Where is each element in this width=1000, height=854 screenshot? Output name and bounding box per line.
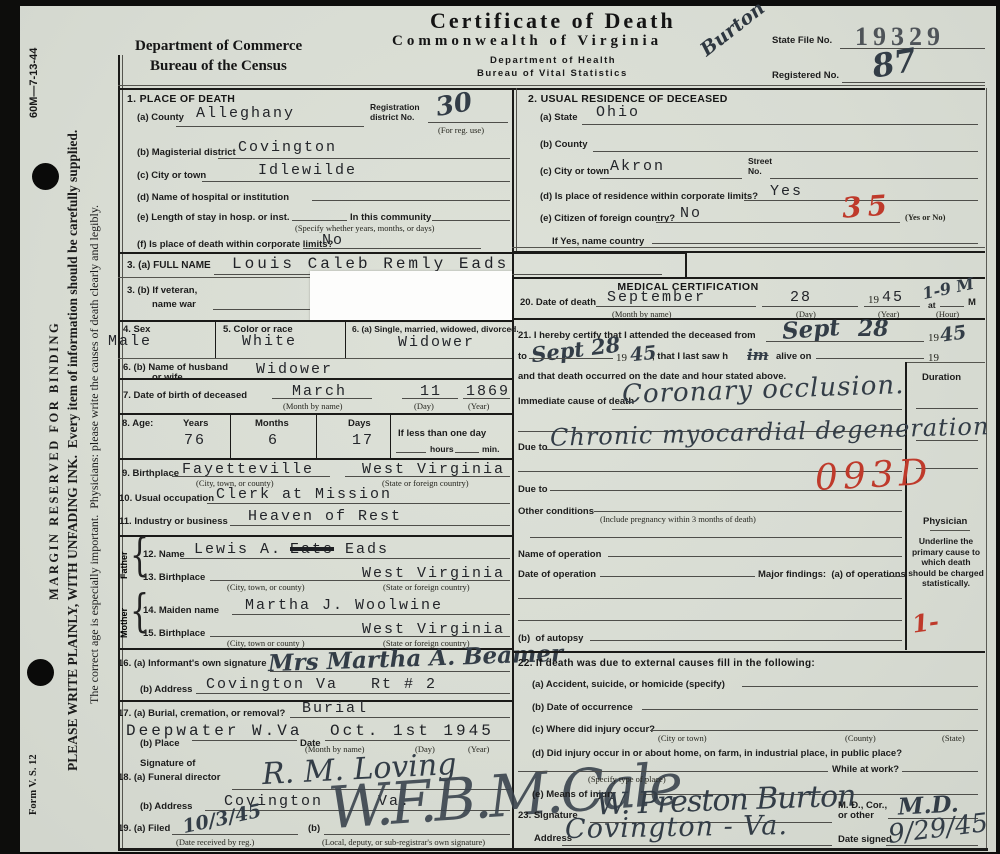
stat-mark-red: 1-: [910, 606, 940, 638]
dept-health: Department of Health: [490, 55, 616, 66]
res-corp-value: Yes: [770, 183, 803, 200]
section2-bottom-thin: [512, 247, 985, 248]
dod-month: September: [607, 289, 706, 306]
medical-top: [512, 277, 985, 279]
duration-line1: [916, 408, 978, 409]
birthplace-label: 9. Birthplace: [122, 468, 179, 479]
informant-addr-label: (b) Address: [140, 684, 192, 695]
attended-from-day: 28: [858, 316, 889, 342]
to-y19: 19: [616, 352, 627, 364]
age-div3: [390, 413, 391, 458]
due-to-label2: Due to: [518, 484, 548, 495]
occupation-line: [207, 503, 510, 504]
age-label: 8. Age:: [122, 418, 153, 429]
marital-label: 6. (a) Single, married, widowed, divorce…: [352, 324, 519, 334]
magisterial-label: (b) Magisterial district: [137, 147, 236, 158]
burial-type-line: [290, 717, 510, 718]
blank-rule-line: [530, 537, 902, 538]
veteran-line: [213, 309, 310, 310]
external-a-label: (a) Accident, suicide, or homicide (spec…: [532, 679, 725, 690]
duration-top: [905, 362, 985, 363]
autopsy-line: [590, 640, 902, 641]
write-plainly-note: PLEASE WRITE PLAINLY, WITH UNFADING INK.…: [65, 55, 81, 845]
filed-line: [172, 834, 298, 835]
city-town-line: [202, 181, 510, 182]
reg-district-line: [428, 122, 508, 123]
external-b-line: [642, 709, 978, 710]
age-days-value: 17: [352, 432, 374, 449]
attended-from-line: [766, 341, 924, 342]
form-number: Form V. S. 12: [28, 730, 39, 840]
age-months-label: Months: [255, 418, 289, 429]
occupation-value: Clerk at Mission: [216, 486, 392, 503]
less-than-day-label: If less than one day: [398, 428, 486, 439]
foreign-label: (e) Citizen of foreign country?: [540, 213, 675, 224]
if-yes-line: [652, 243, 978, 244]
father-bp-label: 13. Birthplace: [143, 572, 205, 583]
punch-hole: [32, 163, 59, 190]
spouse-value: Widower: [256, 361, 333, 378]
while-at-work-label: While at work?: [832, 764, 899, 775]
external-city-note: (City or town): [658, 733, 707, 743]
father-name-label: 12. Name: [143, 549, 185, 560]
dod-at: at: [928, 300, 936, 310]
certifier-addr-line: [562, 845, 832, 846]
if-yes-label: If Yes, name country: [552, 236, 644, 247]
write-plainly-note-2: The correct age is especially important.…: [87, 62, 102, 847]
burial-type-value: Burial: [302, 700, 368, 717]
physician-divider: [930, 530, 970, 531]
redaction-box: [310, 271, 512, 321]
physician-label: Physician: [923, 516, 967, 527]
age-years-label: Years: [183, 418, 208, 429]
marital-value: Widower: [398, 334, 475, 351]
print-code: 60M—7-13-44: [28, 25, 40, 140]
autopsy-label: (b) of autopsy: [518, 633, 583, 644]
county-value: Alleghany: [196, 105, 295, 122]
county-label: (a) County: [137, 112, 184, 123]
sex-value: Male: [108, 333, 152, 350]
county-line: [176, 126, 364, 127]
row456-bottom: [118, 358, 512, 359]
industry-label: 11. Industry or business: [119, 516, 228, 527]
burial-place-line: [192, 740, 297, 741]
burial-date-line: [325, 740, 510, 741]
stay-line: [292, 220, 347, 221]
hospital-line: [312, 200, 510, 201]
while-at-work-line: [902, 771, 978, 772]
burial-year-note: (Year): [468, 744, 489, 754]
dob-day-note: (Day): [414, 401, 434, 411]
state-file-label: State File No.: [772, 35, 832, 46]
age-years-value: 76: [184, 432, 206, 449]
res-state-label: (a) State: [540, 112, 577, 123]
last-saw-him: im: [747, 346, 769, 364]
certify-to-label: to: [518, 351, 527, 362]
spouse-bottom: [118, 378, 512, 380]
res-city-value: Akron: [610, 158, 665, 175]
findings-cont-line2: [518, 620, 902, 621]
magisterial-value: Covington: [238, 139, 337, 156]
bureau-census: Bureau of the Census: [150, 58, 287, 75]
fullname-label: 3. (a) FULL NAME: [127, 260, 211, 271]
underline-primary-note: Underline the primary cause to which dea…: [908, 536, 984, 589]
min-line: [455, 452, 479, 453]
funeral-addr-label: (b) Address: [140, 801, 192, 812]
signature-of-label: Signature of: [140, 758, 195, 769]
street-line: [770, 178, 978, 179]
mother-name-line: [232, 614, 510, 615]
dod-m: M: [968, 297, 976, 308]
external-d-note: (Specify type of place): [588, 774, 666, 784]
punch-hole: [27, 659, 54, 686]
form-bottom-border: [118, 848, 988, 851]
operation-date-label: Date of operation: [518, 569, 596, 580]
sex-race-divider: [215, 320, 216, 358]
dob-year-line: [463, 398, 510, 399]
immediate-cause-label: Immediate cause of death: [518, 396, 634, 407]
informant-addr-value: Covington Va Rt # 2: [206, 676, 437, 693]
dod-month-line: [596, 306, 756, 307]
dob-year-note: (Year): [468, 401, 489, 411]
father-name-line: [180, 558, 510, 559]
duration-left: [905, 362, 907, 650]
dob-day-line: [402, 398, 458, 399]
stay-label: (e) Length of stay in hosp. or inst.: [137, 212, 290, 223]
operation-line: [608, 556, 902, 557]
industry-value: Heaven of Rest: [248, 508, 402, 525]
cause-code-red: 093D: [814, 452, 934, 499]
external-d-label: (d) Did injury occur in or about home, o…: [532, 748, 902, 759]
filed-label: 19. (a) Filed: [118, 823, 170, 834]
external-c-line: [650, 730, 978, 731]
dob-month-line: [272, 398, 372, 399]
header-rule: [118, 88, 985, 90]
informant-addr-line: [196, 693, 510, 694]
column-divider-2: [516, 88, 517, 251]
mother-bp-city-note: (City, town or county ): [227, 638, 305, 648]
binding-note: MARGIN RESERVED FOR BINDING: [47, 275, 62, 645]
father-bp-line: [210, 580, 510, 581]
dod-label: 20. Date of death: [520, 297, 596, 308]
alive-on-line: [816, 358, 924, 359]
city-town-value: Idlewilde: [258, 162, 357, 179]
bureau-vital-stats: Bureau of Vital Statistics: [477, 68, 628, 79]
veteran-label: 3. (b) If veteran,: [127, 285, 197, 296]
birthplace-state-line: [345, 476, 510, 477]
race-value: White: [242, 333, 297, 350]
occupation-label: 10. Usual occupation: [119, 493, 214, 504]
column-divider: [512, 88, 514, 848]
other-conditions-note: (Include pregnancy within 3 months of de…: [600, 514, 756, 524]
filed-b-label: (b): [308, 823, 320, 834]
dod-hour-line: [940, 306, 964, 307]
registered-line: [842, 82, 985, 83]
last-saw-label: , that I last saw h: [652, 351, 728, 362]
street-label: Street: [748, 156, 772, 166]
dod-day: 28: [790, 289, 812, 306]
father-bp-state-note: (State or foreign country): [383, 582, 470, 592]
certificate-title: Certificate of Death: [430, 8, 676, 34]
hours-line: [396, 452, 426, 453]
age-div2: [316, 413, 317, 458]
street-no-label: No.: [748, 166, 762, 176]
reg-district-label2: district No.: [370, 112, 414, 122]
dob-month-note: (Month by name): [283, 401, 343, 411]
burial-type-label: 17. (a) Burial, cremation, or removal?: [118, 708, 285, 719]
filed-note: (Date received by reg.): [176, 837, 254, 847]
veteran-bottom: [118, 320, 512, 322]
registered-number: 87: [869, 40, 919, 85]
informant-sig-line: [270, 671, 510, 672]
mother-name-label: 14. Maiden name: [143, 605, 219, 616]
external-b-label: (b) Date of occurrence: [532, 702, 633, 713]
yes-no-note: (Yes or No): [905, 212, 945, 222]
certifier-addr-value: Covington - Va.: [565, 810, 788, 845]
header-rule-thin: [118, 85, 985, 86]
due-to-line1: [546, 449, 902, 450]
industry-bottom: [118, 535, 512, 537]
place-of-death-title: 1. PLACE OF DEATH: [127, 93, 235, 105]
res-state-line: [582, 124, 978, 125]
dod-day-line: [762, 306, 858, 307]
form-left-border-2: [122, 55, 123, 848]
res-county-line: [593, 151, 978, 152]
hospital-label: (d) Name of hospital or institution: [137, 192, 289, 203]
dod-y19: 19: [868, 294, 879, 306]
fullname-divider: [685, 252, 687, 277]
date-signed-label: Date signed: [838, 834, 892, 845]
father-bp-city-note: (City, town, or county): [227, 582, 305, 592]
section2-bottom: [512, 251, 985, 253]
major-findings-label: Major findings: (a) of operations: [758, 569, 906, 580]
mother-bp-label: 15. Birthplace: [143, 628, 205, 639]
mother-bp-line: [210, 636, 510, 637]
immediate-cause-line: [612, 409, 902, 410]
external-state-note: (State): [942, 733, 965, 743]
birthplace-state-note: (State or foreign country): [382, 478, 469, 488]
registered-label: Registered No.: [772, 70, 839, 81]
corp-limits-line: [303, 248, 481, 249]
age-bottom: [118, 458, 512, 460]
external-c-label: (c) Where did injury occur?: [532, 724, 655, 735]
min-label: min.: [482, 444, 499, 454]
magisterial-line: [218, 158, 510, 159]
community-line: [432, 220, 510, 221]
foreign-value: No: [680, 205, 702, 222]
stay-note: (Specify whether years, months, or days): [295, 223, 435, 233]
attended-from-year: 45: [939, 321, 968, 346]
mother-side-label: Mother: [119, 599, 129, 647]
corp-limits-value: No: [322, 232, 344, 249]
dept-commerce: Department of Commerce: [135, 38, 302, 55]
medical-bottom: [512, 651, 985, 653]
dob-label: 7. Date of birth of deceased: [123, 390, 247, 401]
findings-line: [884, 576, 902, 577]
external-a-line: [742, 686, 978, 687]
duration-label: Duration: [922, 372, 961, 383]
dod-year: 45: [882, 289, 904, 306]
due-to-label1: Due to: [518, 442, 548, 453]
informant-sig-label: 16. (a) Informant's own signature: [118, 658, 266, 669]
veteran-label2: name war: [152, 299, 196, 310]
burial-place-label: (b) Place: [140, 738, 180, 749]
external-county-note: (County): [845, 733, 876, 743]
findings-cont-line1: [518, 598, 902, 599]
from-y19: 19: [928, 332, 939, 344]
dob-bottom: [118, 413, 512, 415]
res-city-line: [600, 178, 742, 179]
burial-date-value: Oct. 1st 1945: [330, 722, 494, 740]
md-or-other-label: or other: [838, 810, 874, 821]
community-label: In this community: [350, 212, 431, 223]
hours-label: hours: [430, 444, 454, 454]
reg-district-value: 30: [434, 87, 475, 123]
father-name-a: Lewis A.: [194, 541, 282, 558]
race-marital-divider: [345, 320, 346, 358]
external-title: 22. If death was due to external causes …: [518, 658, 815, 669]
death-certificate-scan: 60M—7-13-44 Form V. S. 12 MARGIN RESERVE…: [0, 0, 1000, 854]
father-name-struck: Eats: [290, 541, 334, 558]
date-signed-line: [886, 845, 978, 846]
operation-date-line: [600, 576, 755, 577]
other-conditions-label: Other conditions: [518, 506, 594, 517]
external-d-line: [518, 771, 828, 772]
dod-year-line: [864, 306, 920, 307]
reg-use-note: (For reg. use): [438, 125, 484, 135]
reg-district-label: Registration: [370, 102, 420, 112]
res-county-label: (b) County: [540, 139, 588, 150]
alive-on-label: alive on: [776, 351, 811, 362]
city-town-label: (c) City or town: [137, 170, 206, 181]
father-name-b: Eads: [345, 541, 389, 558]
dod-bottom: [512, 318, 985, 320]
age-div1: [230, 413, 231, 458]
father-side-label: Father: [119, 543, 129, 587]
funeral-director-label: 18. (a) Funeral director: [118, 772, 220, 783]
mother-name-value: Martha J. Woolwine: [245, 597, 443, 614]
commonwealth-subtitle: Commonwealth of Virginia: [392, 33, 662, 50]
res-corp-label: (d) Is place of residence within corpora…: [540, 191, 758, 202]
age-months-value: 6: [268, 432, 279, 449]
form-left-border: [118, 55, 120, 848]
res-state-value: Ohio: [596, 104, 640, 121]
other-conditions-line: [594, 511, 902, 512]
operation-label: Name of operation: [518, 549, 601, 560]
industry-line: [230, 525, 510, 526]
foreign-code-red: 35: [841, 188, 894, 224]
birthplace-city-line: [172, 476, 330, 477]
age-days-label: Days: [348, 418, 371, 429]
form-right-border: [986, 88, 987, 848]
res-city-label: (c) City or town: [540, 166, 609, 177]
attended-to-line: [529, 358, 613, 359]
